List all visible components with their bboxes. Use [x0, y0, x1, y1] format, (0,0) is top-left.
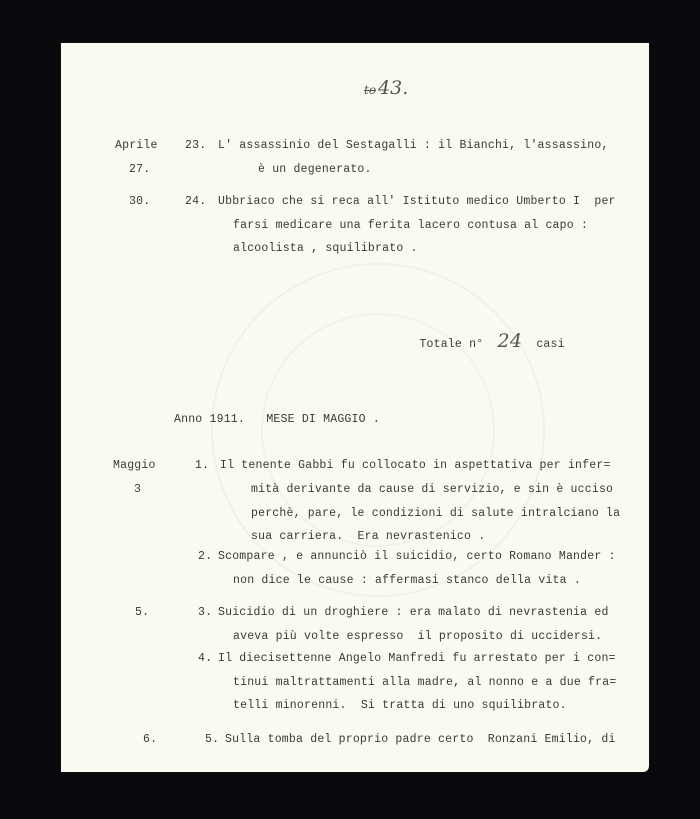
date-day: 5.	[135, 606, 149, 619]
entry-number: 2.	[198, 550, 212, 563]
date-month: Maggio	[113, 459, 156, 472]
entry-line: mità derivante da cause di servizio, e s…	[251, 483, 613, 496]
date-day: 30.	[129, 195, 150, 208]
total-label: Totale n°	[419, 338, 483, 351]
entry-line: aveva più volte espresso il proposito di…	[233, 630, 602, 643]
entry-line: farsi medicare una ferita lacero contusa…	[233, 219, 588, 232]
page-number: to43.	[364, 77, 408, 99]
entry-line: è un degenerato.	[258, 163, 372, 176]
date-day: 6.	[143, 733, 157, 746]
entry-line: Sulla tomba del proprio padre certo Ronz…	[225, 733, 616, 746]
entry-line: Suicidio di un droghiere : era malato di…	[218, 606, 609, 619]
entry-line: Il tenente Gabbi fu collocato in aspetta…	[220, 459, 611, 472]
date-day: 3	[134, 483, 141, 496]
document-page: to43. Aprile 27. 23. L' assassinio del S…	[61, 43, 649, 772]
entry-line: alcoolista , squilibrato .	[233, 242, 418, 255]
entry-line: Il diecisettenne Angelo Manfredi fu arre…	[218, 652, 616, 665]
total-unit: casi	[536, 338, 564, 351]
entry-number: 5.	[205, 733, 219, 746]
date-month: Aprile	[115, 139, 158, 152]
total-value: 24	[498, 330, 523, 352]
entry-line: Ubbriaco che si reca all' Istituto medic…	[218, 195, 616, 208]
entry-line: non dice le cause : affermasi stanco del…	[233, 574, 581, 587]
entry-number: 23.	[185, 139, 206, 152]
entry-number: 1.	[195, 459, 209, 472]
entry-number: 4.	[198, 652, 212, 665]
page-number-struck: to	[364, 83, 376, 97]
entry-number: 3.	[198, 606, 212, 619]
entry-line: perchè, pare, le condizioni di salute in…	[251, 507, 620, 520]
date-day: 27.	[129, 163, 150, 176]
entry-line: sua carriera. Era nevrastenico .	[251, 530, 485, 543]
entry-number: 24.	[185, 195, 206, 208]
section-heading: Anno 1911. MESE DI MAGGIO .	[174, 413, 380, 426]
entry-line: telli minorenni. Si tratta di uno squili…	[233, 699, 567, 712]
entry-line: L' assassinio del Sestagalli : il Bianch…	[218, 139, 609, 152]
total-line: Totale n° 24 casi	[391, 317, 565, 365]
entry-line: tinui maltrattamenti alla madre, al nonn…	[233, 676, 616, 689]
entry-line: Scompare , e annunciò il suicidio, certo…	[218, 550, 616, 563]
